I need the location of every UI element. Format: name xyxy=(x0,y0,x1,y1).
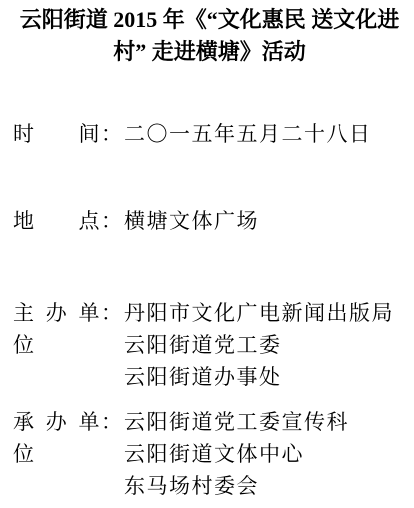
location-colon: ： xyxy=(101,205,124,237)
title-line-2: 村” 走进横塘》活动 xyxy=(13,36,406,68)
time-colon: ： xyxy=(101,118,124,150)
organizer-values: 丹阳市文化广电新闻出版局 云阳街道党工委 云阳街道办事处 xyxy=(124,297,406,393)
organizer-value-2: 云阳街道党工委 xyxy=(124,329,406,361)
location-values: 横塘文体广场 xyxy=(124,205,406,237)
time-label: 时间 xyxy=(13,118,101,150)
undertaker-value-1: 云阳街道党工委宣传科 xyxy=(124,406,406,438)
activity-title: 云阳街道 2015 年《“文化惠民 送文化进 村” 走进横塘》活动 xyxy=(13,4,406,68)
field-row-time: 时间 ： 二〇一五年五月二十八日 xyxy=(13,118,406,150)
title-line-1: 云阳街道 2015 年《“文化惠民 送文化进 xyxy=(13,4,406,36)
field-row-organizer: 主办单位 ： 丹阳市文化广电新闻出版局 云阳街道党工委 云阳街道办事处 xyxy=(13,297,406,393)
document-page: 云阳街道 2015 年《“文化惠民 送文化进 村” 走进横塘》活动 时间 ： 二… xyxy=(0,0,414,508)
organizer-value-3: 云阳街道办事处 xyxy=(124,361,406,393)
location-label: 地点 xyxy=(13,205,101,237)
undertaker-value-2: 云阳街道文体中心 xyxy=(124,438,406,470)
organizer-colon: ： xyxy=(101,297,124,329)
organizer-label: 主办单位 xyxy=(13,297,101,361)
organizer-value-1: 丹阳市文化广电新闻出版局 xyxy=(124,297,406,329)
undertaker-value-3: 东马场村委会 xyxy=(124,470,406,502)
field-row-location: 地点 ： 横塘文体广场 xyxy=(13,205,406,237)
time-value: 二〇一五年五月二十八日 xyxy=(124,118,406,150)
undertaker-values: 云阳街道党工委宣传科 云阳街道文体中心 东马场村委会 xyxy=(124,406,406,502)
undertaker-label: 承办单位 xyxy=(13,406,101,470)
location-value: 横塘文体广场 xyxy=(124,205,406,237)
undertaker-colon: ： xyxy=(101,406,124,438)
time-values: 二〇一五年五月二十八日 xyxy=(124,118,406,150)
field-row-undertaker: 承办单位 ： 云阳街道党工委宣传科 云阳街道文体中心 东马场村委会 xyxy=(13,406,406,502)
